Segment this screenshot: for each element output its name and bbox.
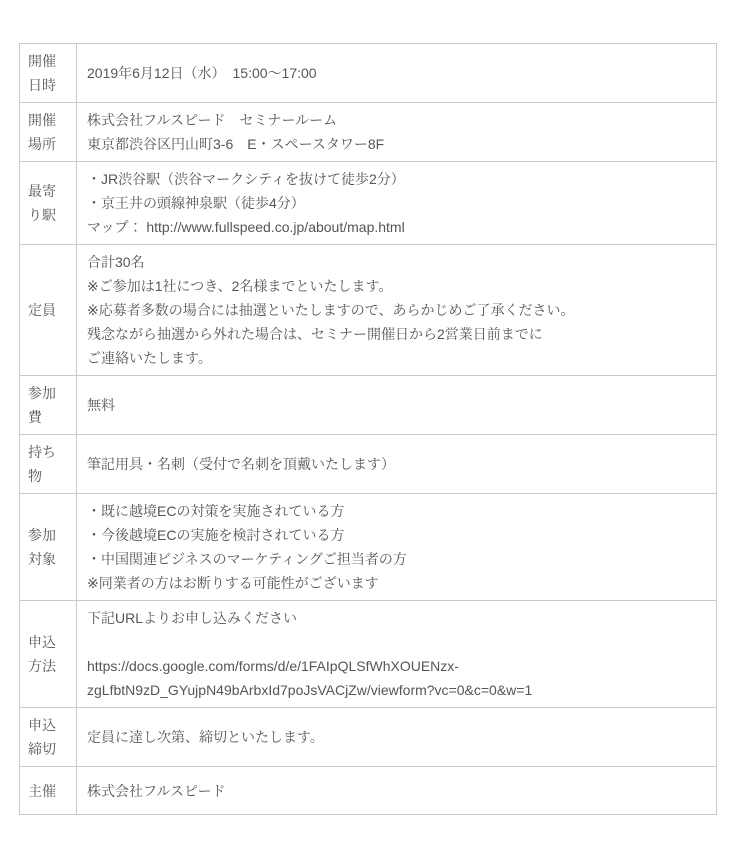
content-line: [87, 630, 706, 654]
row-label: 持ち物: [20, 435, 77, 494]
row-content: 下記URLよりお申し込みくださいhttps://docs.google.com/…: [77, 601, 717, 708]
content-line: 筆記用具・名刺（受付で名刺を頂戴いたします）: [87, 452, 706, 476]
row-label: 申込締切: [20, 708, 77, 767]
row-content: 株式会社フルスピード: [77, 767, 717, 815]
content-line: https://docs.google.com/forms/d/e/1FAIpQ…: [87, 654, 706, 702]
content-line: ・京王井の頭線神泉駅（徒歩4分）: [87, 191, 706, 215]
row-label: 最寄り駅: [20, 162, 77, 245]
row-content: ・JR渋谷駅（渋谷マークシティを抜けて徒歩2分）・京王井の頭線神泉駅（徒歩4分）…: [77, 162, 717, 245]
content-line: ※ご参加は1社につき、2名様までといたします。: [87, 274, 706, 298]
row-content: ・既に越境ECの対策を実施されている方・今後越境ECの実施を検討されている方・中…: [77, 494, 717, 601]
content-line: ・今後越境ECの実施を検討されている方: [87, 523, 706, 547]
content-line: マップ： http://www.fullspeed.co.jp/about/ma…: [87, 215, 706, 239]
row-content: 無料: [77, 376, 717, 435]
row-label: 開催場所: [20, 103, 77, 162]
content-line: 2019年6月12日（水） 15:00～17:00: [87, 61, 706, 85]
content-line: ご連絡いたします。: [87, 346, 706, 370]
row-label: 申込方法: [20, 601, 77, 708]
content-line: 株式会社フルスピード セミナールーム: [87, 108, 706, 132]
table-row: 申込方法 下記URLよりお申し込みくださいhttps://docs.google…: [20, 601, 717, 708]
content-line: ・JR渋谷駅（渋谷マークシティを抜けて徒歩2分）: [87, 167, 706, 191]
table-row: 開催日時 2019年6月12日（水） 15:00～17:00: [20, 44, 717, 103]
table-row: 申込締切 定員に達し次第、締切といたします。: [20, 708, 717, 767]
row-label: 定員: [20, 245, 77, 376]
content-line: 下記URLよりお申し込みください: [87, 606, 706, 630]
row-label: 参加対象: [20, 494, 77, 601]
content-line: ※同業者の方はお断りする可能性がございます: [87, 571, 706, 595]
row-label: 参加費: [20, 376, 77, 435]
content-line: 株式会社フルスピード: [87, 779, 706, 803]
row-content: 株式会社フルスピード セミナールーム東京都渋谷区円山町3-6 E・スペースタワー…: [77, 103, 717, 162]
row-label: 主催: [20, 767, 77, 815]
table-row: 参加費 無料: [20, 376, 717, 435]
table-row: 参加対象 ・既に越境ECの対策を実施されている方・今後越境ECの実施を検討されて…: [20, 494, 717, 601]
table-row: 持ち物 筆記用具・名刺（受付で名刺を頂戴いたします）: [20, 435, 717, 494]
content-line: ・既に越境ECの対策を実施されている方: [87, 499, 706, 523]
content-line: ・中国関連ビジネスのマーケティングご担当者の方: [87, 547, 706, 571]
row-content: 定員に達し次第、締切といたします。: [77, 708, 717, 767]
row-content: 筆記用具・名刺（受付で名刺を頂戴いたします）: [77, 435, 717, 494]
row-label: 開催日時: [20, 44, 77, 103]
row-content: 2019年6月12日（水） 15:00～17:00: [77, 44, 717, 103]
table-row: 主催 株式会社フルスピード: [20, 767, 717, 815]
seminar-info-table: 開催日時 2019年6月12日（水） 15:00～17:00 開催場所 株式会社…: [19, 43, 717, 815]
info-table-body: 開催日時 2019年6月12日（水） 15:00～17:00 開催場所 株式会社…: [20, 44, 717, 815]
table-row: 定員 合計30名※ご参加は1社につき、2名様までといたします。※応募者多数の場合…: [20, 245, 717, 376]
table-row: 開催場所 株式会社フルスピード セミナールーム東京都渋谷区円山町3-6 E・スペ…: [20, 103, 717, 162]
row-content: 合計30名※ご参加は1社につき、2名様までといたします。※応募者多数の場合には抽…: [77, 245, 717, 376]
content-line: 無料: [87, 393, 706, 417]
content-line: 残念ながら抽選から外れた場合は、セミナー開催日から2営業日前までに: [87, 322, 706, 346]
content-line: ※応募者多数の場合には抽選といたしますので、あらかじめご了承ください。: [87, 298, 706, 322]
content-line: 定員に達し次第、締切といたします。: [87, 725, 706, 749]
content-line: 合計30名: [87, 250, 706, 274]
content-line: 東京都渋谷区円山町3-6 E・スペースタワー8F: [87, 132, 706, 156]
table-row: 最寄り駅 ・JR渋谷駅（渋谷マークシティを抜けて徒歩2分）・京王井の頭線神泉駅（…: [20, 162, 717, 245]
